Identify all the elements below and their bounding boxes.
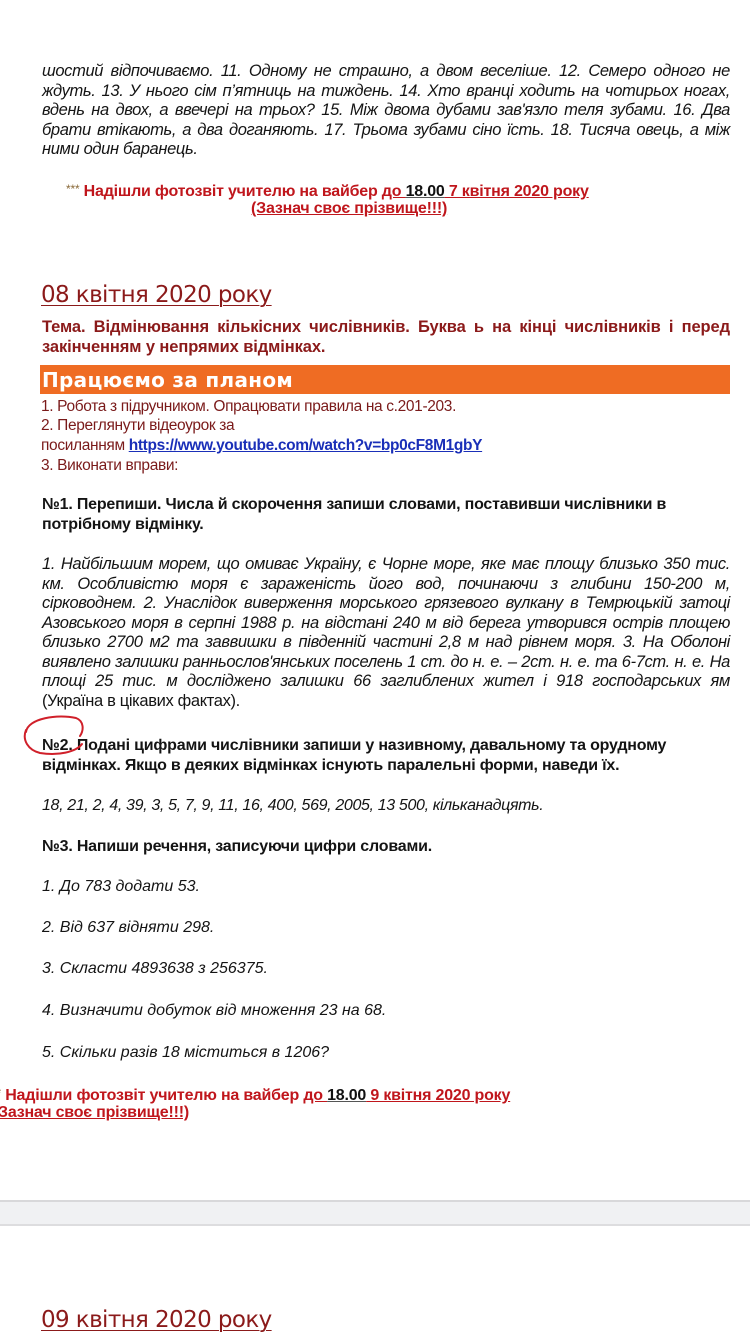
exercise-1-text: 1. Найбільшим морем, що омиває Україну, … — [42, 555, 730, 711]
video-lesson-link[interactable]: https://www.youtube.com/watch?v=bp0cF8M1… — [129, 437, 482, 454]
surname-note-text: (Зазнач своє прізвище!!!) — [251, 200, 447, 217]
plan-item-2: 2. Переглянути відеоурок за — [41, 416, 234, 436]
lesson-topic: Тема. Відмінювання кількісних числівникі… — [42, 317, 730, 357]
surname-note-text: Зазнач своє прізвище!!!) — [0, 1104, 189, 1121]
deadline-date: 7 квітня 2020 року — [445, 183, 589, 200]
exercise-1-title: №1. Перепиши. Числа й скорочення запиши … — [42, 495, 732, 535]
deadline-stars: *** — [66, 182, 79, 196]
proverbs-text: шостий відпочиваємо. 11. Одному не страш… — [42, 62, 730, 160]
exercise-3-item: 5. Скільки разів 18 міститься в 1206? — [42, 1043, 329, 1063]
exercise-2-title-text: Подані цифрами числівники запиши у назив… — [42, 737, 666, 774]
plan-item-1: 1. Робота з підручником. Опрацювати прав… — [41, 397, 456, 417]
lesson-deadline-surname-note: Зазнач своє прізвище!!!) — [0, 1103, 189, 1123]
next-date-heading: 09 квітня 2020 року — [41, 1307, 272, 1333]
plan-banner: Працюємо за планом — [40, 365, 730, 394]
deadline-time: 18.00 — [327, 1087, 366, 1104]
deadline-stars: ** — [0, 1086, 1, 1100]
exercise-2-title: №2. Подані цифрами числівники запиши у н… — [42, 736, 732, 776]
link-prefix: посиланням — [41, 437, 129, 454]
exercise-1-body: 1. Найбільшим морем, що омиває Україну, … — [42, 555, 730, 690]
deadline-time: 18.00 — [406, 183, 445, 200]
exercise-3-title: №3. Напиши речення, записуючи цифри слов… — [42, 837, 732, 857]
exercise-3-item: 2. Від 637 відняти 298. — [42, 918, 214, 938]
deadline-prefix: Надішли фотозвіт учителю на вайбер — [84, 183, 382, 200]
exercise-3-item: 3. Скласти 4893638 з 256375. — [42, 959, 268, 979]
plan-banner-title: Працюємо за планом — [42, 365, 293, 395]
page-break — [0, 1200, 750, 1226]
deadline-do: до — [382, 183, 406, 200]
plan-item-3: 3. Виконати вправи: — [41, 456, 178, 476]
red-circle-annotation — [18, 712, 88, 756]
deadline-do: до — [303, 1087, 327, 1104]
deadline-surname-note: (Зазнач своє прізвище!!!) — [251, 199, 447, 219]
exercise-2-numbers: 18, 21, 2, 4, 39, 3, 5, 7, 9, 11, 16, 40… — [42, 796, 543, 816]
exercise-1-source: (Україна в цікавих фактах). — [42, 692, 240, 710]
deadline-prefix: Надішли фотозвіт учителю на вайбер — [5, 1087, 303, 1104]
exercise-3-item: 4. Визначити добуток від множення 23 на … — [42, 1001, 386, 1021]
exercise-3-item: 1. До 783 додати 53. — [42, 877, 200, 897]
plan-item-2-link-line: посиланням https://www.youtube.com/watch… — [41, 436, 482, 456]
date-heading: 08 квітня 2020 року — [41, 282, 272, 308]
deadline-date: 9 квітня 2020 року — [366, 1087, 510, 1104]
